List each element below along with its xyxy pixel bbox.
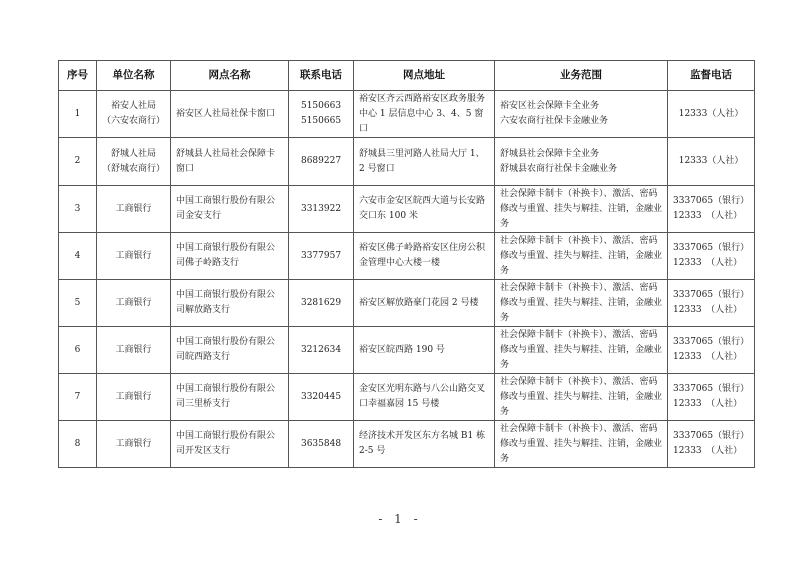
header-supervision-phone: 监督电话 (668, 61, 755, 91)
outlet-address: 金安区光明东路与八公山路交叉口幸福嘉园 15 号楼 (354, 374, 495, 421)
outlet-address: 六安市金安区皖西大道与长安路交口东 100 米 (354, 186, 495, 233)
row-index: 7 (59, 374, 97, 421)
supervision-phone: 12333（人社） (668, 138, 755, 186)
table-row: 1 裕安人社局 （六安农商行） 裕安区人社局社保卡窗口 5150663 5150… (59, 91, 755, 138)
table-row: 4 工商银行 中国工商银行股份有限公司佛子岭路支行 3377957 裕安区佛子岭… (59, 233, 755, 280)
header-outlet-name: 网点名称 (171, 61, 289, 91)
outlet-name: 中国工商银行股份有限公司金安支行 (171, 186, 289, 233)
supervision-phone: 12333（人社） (668, 91, 755, 138)
document-page: 序号 单位名称 网点名称 联系电话 网点地址 业务范围 监督电话 1 裕安人社局… (0, 0, 800, 565)
contact-phone: 3635848 (289, 421, 354, 468)
business-scope: 社会保障卡制卡（补换卡）、激活、密码修改与重置、挂失与解挂、注销，金融业务 (495, 374, 668, 421)
outlet-name: 裕安区人社局社保卡窗口 (171, 91, 289, 138)
business-scope: 社会保障卡制卡（补换卡）、激活、密码修改与重置、挂失与解挂、注销，金融业务 (495, 421, 668, 468)
unit-name: 舒城人社局 （舒城农商行） (97, 138, 171, 186)
business-scope: 舒城县社会保障卡全业务 舒城县农商行社保卡金融业务 (495, 138, 668, 186)
header-outlet-address: 网点地址 (354, 61, 495, 91)
contact-phone: 3313922 (289, 186, 354, 233)
supervision-phone: 3337065（银行） 12333 （人社） (668, 233, 755, 280)
header-unit-name: 单位名称 (97, 61, 171, 91)
outlet-name: 中国工商银行股份有限公司佛子岭路支行 (171, 233, 289, 280)
row-index: 6 (59, 327, 97, 374)
outlet-name: 中国工商银行股份有限公司开发区支行 (171, 421, 289, 468)
business-scope: 社会保障卡制卡（补换卡）、激活、密码修改与重置、挂失与解挂、注销，金融业务 (495, 233, 668, 280)
header-business-scope: 业务范围 (495, 61, 668, 91)
row-index: 4 (59, 233, 97, 280)
outlet-name: 中国工商银行股份有限公司皖西路支行 (171, 327, 289, 374)
contact-phone: 3281629 (289, 280, 354, 327)
unit-name: 工商银行 (97, 421, 171, 468)
unit-name: 工商银行 (97, 327, 171, 374)
contact-phone: 5150663 5150665 (289, 91, 354, 138)
row-index: 5 (59, 280, 97, 327)
outlet-address: 裕安区解放路豪门花园 2 号楼 (354, 280, 495, 327)
table-row: 3 工商银行 中国工商银行股份有限公司金安支行 3313922 六安市金安区皖西… (59, 186, 755, 233)
table-row: 6 工商银行 中国工商银行股份有限公司皖西路支行 3212634 裕安区皖西路 … (59, 327, 755, 374)
outlet-address: 经济技术开发区东方名城 B1 栋 2-5 号 (354, 421, 495, 468)
row-index: 1 (59, 91, 97, 138)
outlet-name: 中国工商银行股份有限公司三里桥支行 (171, 374, 289, 421)
supervision-phone: 3337065（银行） 12333 （人社） (668, 186, 755, 233)
business-scope: 社会保障卡制卡（补换卡）、激活、密码修改与重置、挂失与解挂、注销，金融业务 (495, 280, 668, 327)
unit-name: 工商银行 (97, 233, 171, 280)
supervision-phone: 3337065（银行） 12333 （人社） (668, 421, 755, 468)
service-outlets-table: 序号 单位名称 网点名称 联系电话 网点地址 业务范围 监督电话 1 裕安人社局… (58, 60, 755, 468)
unit-name: 工商银行 (97, 186, 171, 233)
outlet-name: 舒城县人社局社会保障卡窗口 (171, 138, 289, 186)
unit-name: 裕安人社局 （六安农商行） (97, 91, 171, 138)
table-row: 5 工商银行 中国工商银行股份有限公司解放路支行 3281629 裕安区解放路豪… (59, 280, 755, 327)
business-scope: 社会保障卡制卡（补换卡）、激活、密码修改与重置、挂失与解挂、注销，金融业务 (495, 186, 668, 233)
contact-phone: 3377957 (289, 233, 354, 280)
supervision-phone: 3337065（银行） 12333 （人社） (668, 280, 755, 327)
row-index: 8 (59, 421, 97, 468)
header-contact-phone: 联系电话 (289, 61, 354, 91)
row-index: 3 (59, 186, 97, 233)
contact-phone: 3320445 (289, 374, 354, 421)
row-index: 2 (59, 138, 97, 186)
outlet-address: 裕安区皖西路 190 号 (354, 327, 495, 374)
outlet-address: 裕安区佛子岭路裕安区住房公积金管理中心大楼一楼 (354, 233, 495, 280)
contact-phone: 3212634 (289, 327, 354, 374)
table-row: 8 工商银行 中国工商银行股份有限公司开发区支行 3635848 经济技术开发区… (59, 421, 755, 468)
contact-phone: 8689227 (289, 138, 354, 186)
unit-name: 工商银行 (97, 374, 171, 421)
business-scope: 社会保障卡制卡（补换卡）、激活、密码修改与重置、挂失与解挂、注销，金融业务 (495, 327, 668, 374)
page-number: - 1 - (0, 512, 800, 526)
outlet-address: 舒城县三里河路人社局大厅 1、2 号窗口 (354, 138, 495, 186)
supervision-phone: 3337065（银行） 12333 （人社） (668, 374, 755, 421)
business-scope: 裕安区社会保障卡全业务 六安农商行社保卡金融业务 (495, 91, 668, 138)
table-header-row: 序号 单位名称 网点名称 联系电话 网点地址 业务范围 监督电话 (59, 61, 755, 91)
unit-name: 工商银行 (97, 280, 171, 327)
outlet-address: 裕安区齐云西路裕安区政务服务中心 1 层信息中心 3、4、5 窗口 (354, 91, 495, 138)
table-row: 2 舒城人社局 （舒城农商行） 舒城县人社局社会保障卡窗口 8689227 舒城… (59, 138, 755, 186)
outlet-name: 中国工商银行股份有限公司解放路支行 (171, 280, 289, 327)
supervision-phone: 3337065（银行） 12333 （人社） (668, 327, 755, 374)
header-index: 序号 (59, 61, 97, 91)
table-row: 7 工商银行 中国工商银行股份有限公司三里桥支行 3320445 金安区光明东路… (59, 374, 755, 421)
